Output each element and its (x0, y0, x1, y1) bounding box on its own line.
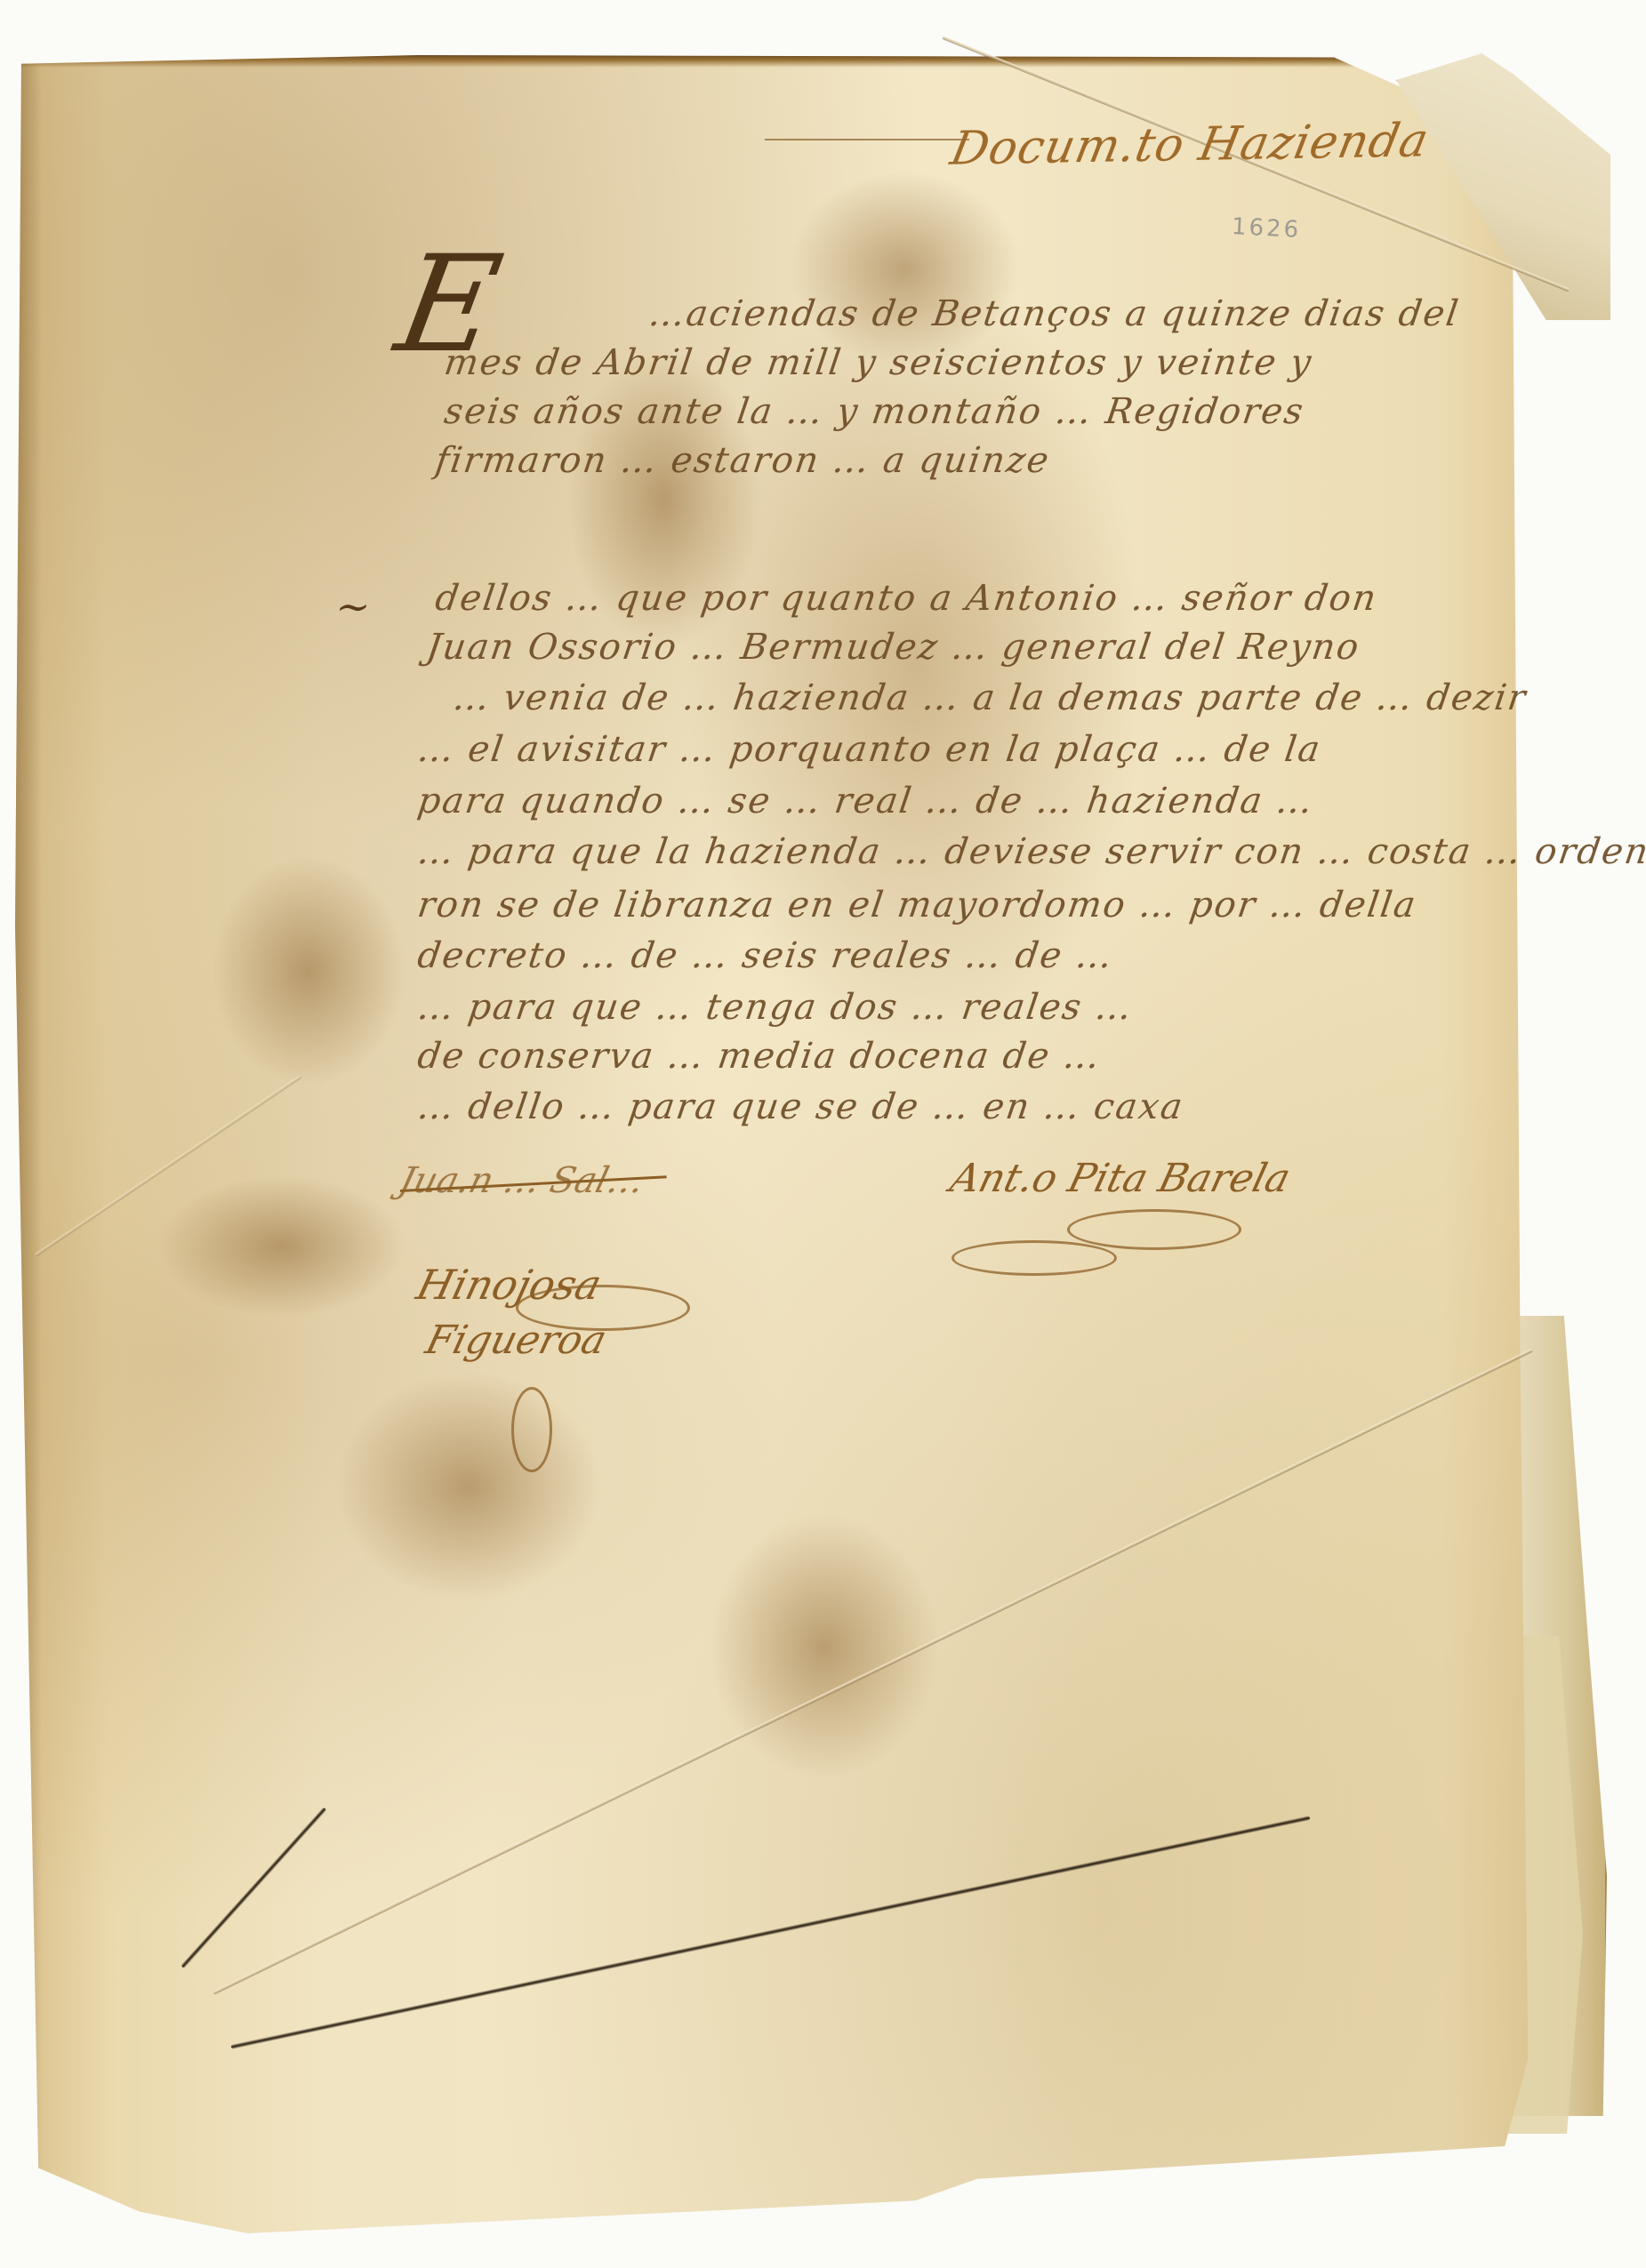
text-line: … para que … tenga dos … reales … (415, 987, 1136, 1028)
text-line: …aciendas de Betanços a quinze dias del (646, 293, 1463, 334)
text-line: ron se de libranza en el mayordomo … por… (415, 885, 1420, 926)
text-line: decreto … de … seis reales … de … (415, 935, 1117, 976)
text-line: Juan Ossorio … Bermudez … general del Re… (424, 627, 1363, 668)
text-line: dellos … que por quanto a Antonio … seño… (433, 578, 1380, 619)
rubric-flourish (516, 1285, 690, 1331)
text-line: … dello … para que se de … en … caxa (415, 1086, 1187, 1127)
text-line: … el avisitar … porquanto en la plaça … … (415, 729, 1324, 770)
text-line: … para que la hazienda … deviese servir … (415, 831, 1646, 872)
signature-pita-barela: Ant.o Pita Barela (946, 1156, 1295, 1201)
text-line: … venia de … hazienda … a la demas parte… (451, 677, 1530, 718)
script-body: E …aciendas de Betanços a quinze dias de… (0, 0, 1646, 2268)
text-line: firmaron … estaron … a quinze (433, 440, 1053, 481)
text-line: mes de Abril de mill y seiscientos y vei… (442, 342, 1315, 383)
text-line: seis años ante la … y montaño … Regidore… (442, 391, 1307, 432)
rubric-flourish (1067, 1209, 1241, 1250)
text-line: de conserva … media docena de … (415, 1036, 1104, 1077)
rubric-flourish (511, 1387, 552, 1472)
margin-mark: ~ (332, 582, 374, 630)
rubric-flourish (951, 1240, 1117, 1276)
text-line: para quando … se … real … de … hazienda … (415, 781, 1317, 821)
